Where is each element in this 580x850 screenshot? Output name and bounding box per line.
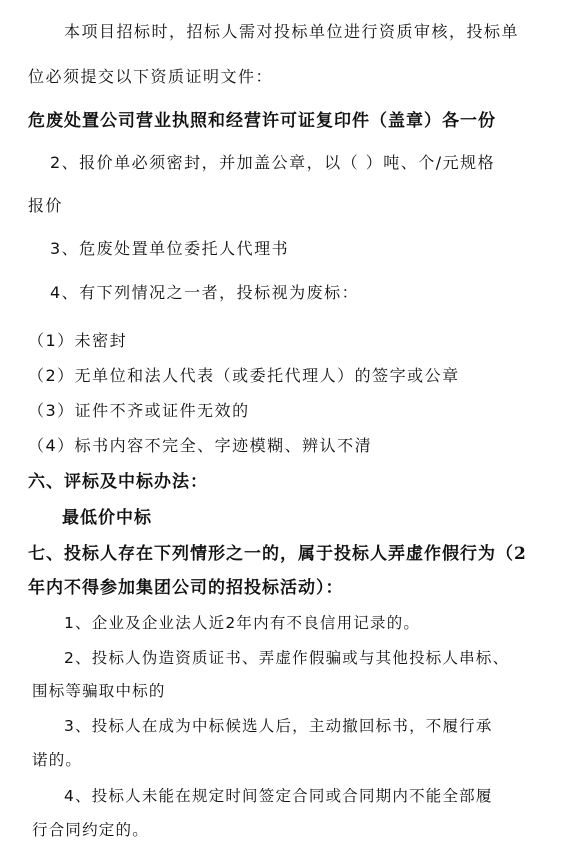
section-6-heading: 六、评标及中标办法：: [28, 472, 208, 492]
section-7-item-2-line-1: 2、投标人伪造资质证书、弄虚作假骗或与其他投标人串标、: [64, 648, 509, 668]
invalid-bid-item-3: （3）证件不齐或证件无效的: [28, 401, 250, 421]
required-document-2-line-1: 2、报价单必须密封，并加盖公章，以（ ）吨、个/元规格: [50, 153, 495, 173]
section-6-content: 最低价中标: [62, 508, 152, 528]
section-7-item-4-line-2: 行合同约定的。: [32, 820, 149, 840]
invalid-bid-item-4: （4）标书内容不完全、字迹模糊、辨认不清: [28, 436, 372, 456]
section-7-item-2-line-2: 围标等骗取中标的: [32, 681, 166, 701]
required-document-2-line-2: 报价: [28, 196, 63, 216]
section-7-item-1: 1、企业及企业法人近2年内有不良信用记录的。: [64, 613, 420, 633]
invalid-bid-item-1: （1）未密封: [28, 331, 127, 351]
section-7-item-4-line-1: 4、投标人未能在规定时间签定合同或合同期内不能全部履: [64, 786, 493, 806]
section-7-item-3-line-2: 诺的。: [32, 750, 82, 770]
required-document-1: 危废处置公司营业执照和经营许可证复印件（盖章）各一份: [28, 111, 496, 131]
invalid-bid-item-2: （2）无单位和法人代表（或委托代理人）的签字或公章: [28, 366, 460, 386]
intro-paragraph-line-1: 本项目招标时，招标人需对投标单位进行资质审核，投标单: [64, 22, 519, 42]
invalid-bid-heading: 4、有下列情况之一者，投标视为废标：: [50, 283, 359, 303]
required-document-3: 3、危废处置单位委托人代理书: [50, 239, 289, 259]
section-7-heading-line-2: 年内不得参加集团公司的招投标活动）：: [28, 578, 344, 598]
section-7-item-3-line-1: 3、投标人在成为中标候选人后，主动撤回标书，不履行承: [64, 716, 493, 736]
intro-paragraph-line-2: 位必须提交以下资质证明文件：: [28, 67, 273, 87]
section-7-heading-line-1: 七、投标人存在下列情形之一的，属于投标人弄虚作假行为（2: [28, 544, 527, 564]
